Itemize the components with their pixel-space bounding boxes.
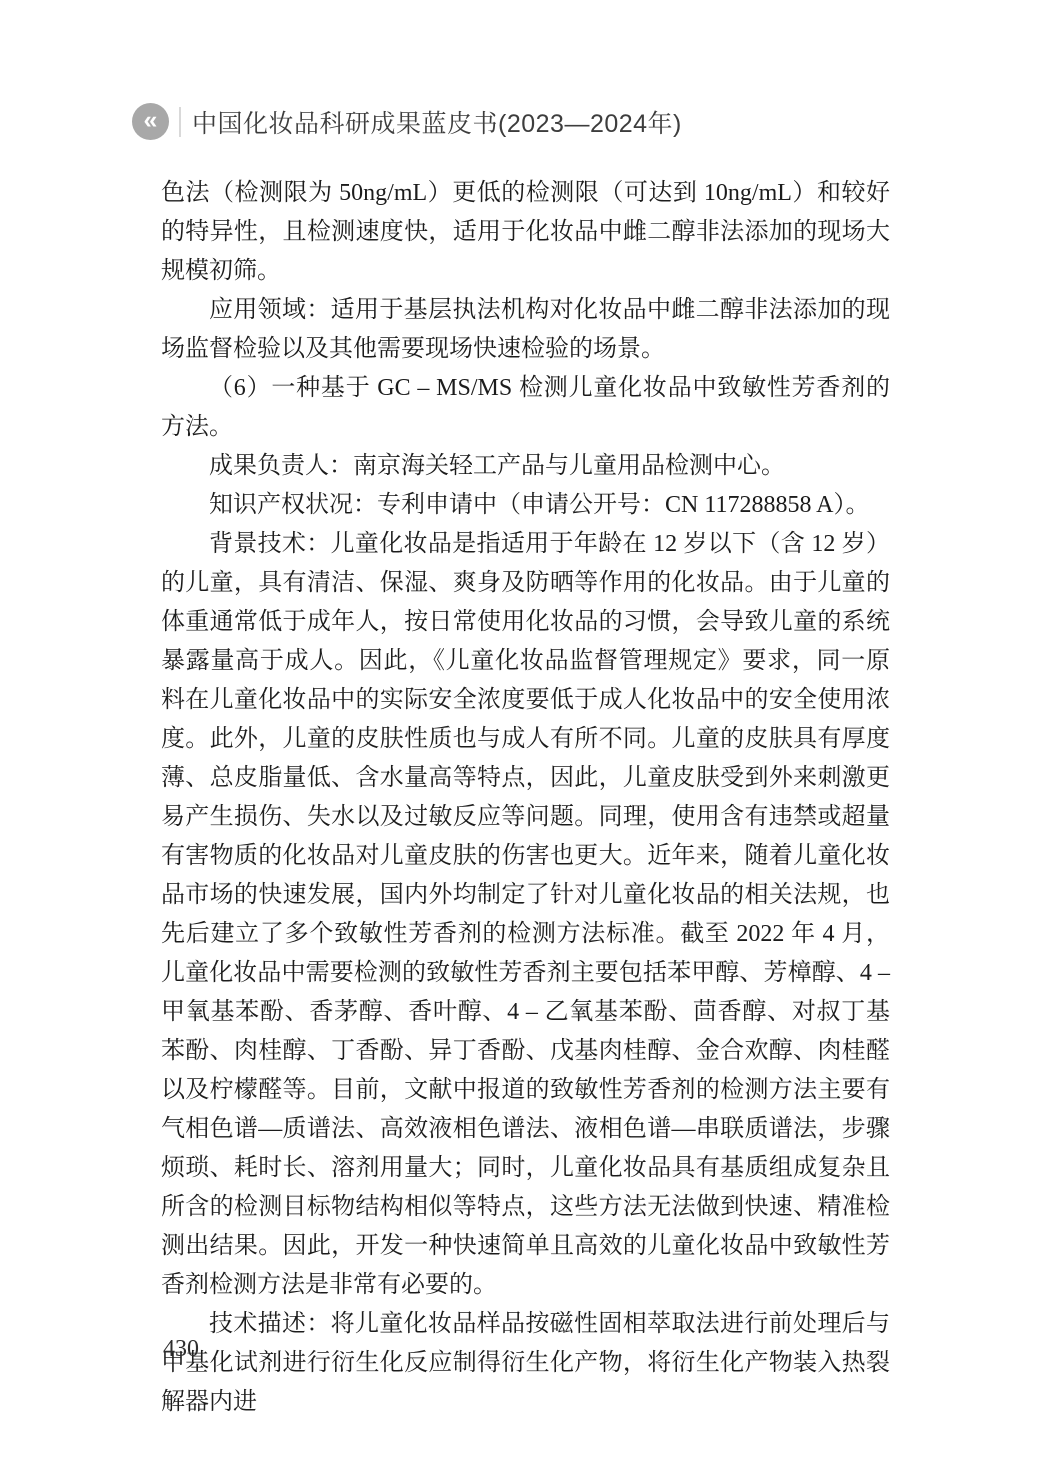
- paragraph: 知识产权状况：专利申请中（申请公开号：CN 117288858 A）。: [161, 486, 890, 525]
- body-text: 色法（检测限为 50ng/mL）更低的检测限（可达到 10ng/mL）和较好的特…: [161, 174, 890, 1422]
- paragraph: （6）一种基于 GC – MS/MS 检测儿童化妆品中致敏性芳香剂的方法。: [161, 369, 890, 447]
- book-page: « 中国化妆品科研成果蓝皮书(2023—2024年) 色法（检测限为 50ng/…: [0, 0, 1045, 1458]
- paragraph: 色法（检测限为 50ng/mL）更低的检测限（可达到 10ng/mL）和较好的特…: [161, 174, 890, 291]
- page-number: 430: [163, 1336, 199, 1363]
- paragraph: 应用领域：适用于基层执法机构对化妆品中雌二醇非法添加的现场监督检验以及其他需要现…: [161, 291, 890, 369]
- double-chevron-left-icon: «: [132, 103, 169, 140]
- paragraph: 背景技术：儿童化妆品是指适用于年龄在 12 岁以下（含 12 岁）的儿童，具有清…: [161, 525, 890, 1305]
- paragraph: 成果负责人：南京海关轻工产品与儿童用品检测中心。: [161, 447, 890, 486]
- paragraph: 技术描述：将儿童化妆品样品按磁性固相萃取法进行前处理后与甲基化试剂进行衍生化反应…: [161, 1305, 890, 1422]
- header-divider: [179, 107, 181, 137]
- book-title: 中国化妆品科研成果蓝皮书(2023—2024年): [192, 104, 682, 140]
- page-header: « 中国化妆品科研成果蓝皮书(2023—2024年): [132, 103, 682, 140]
